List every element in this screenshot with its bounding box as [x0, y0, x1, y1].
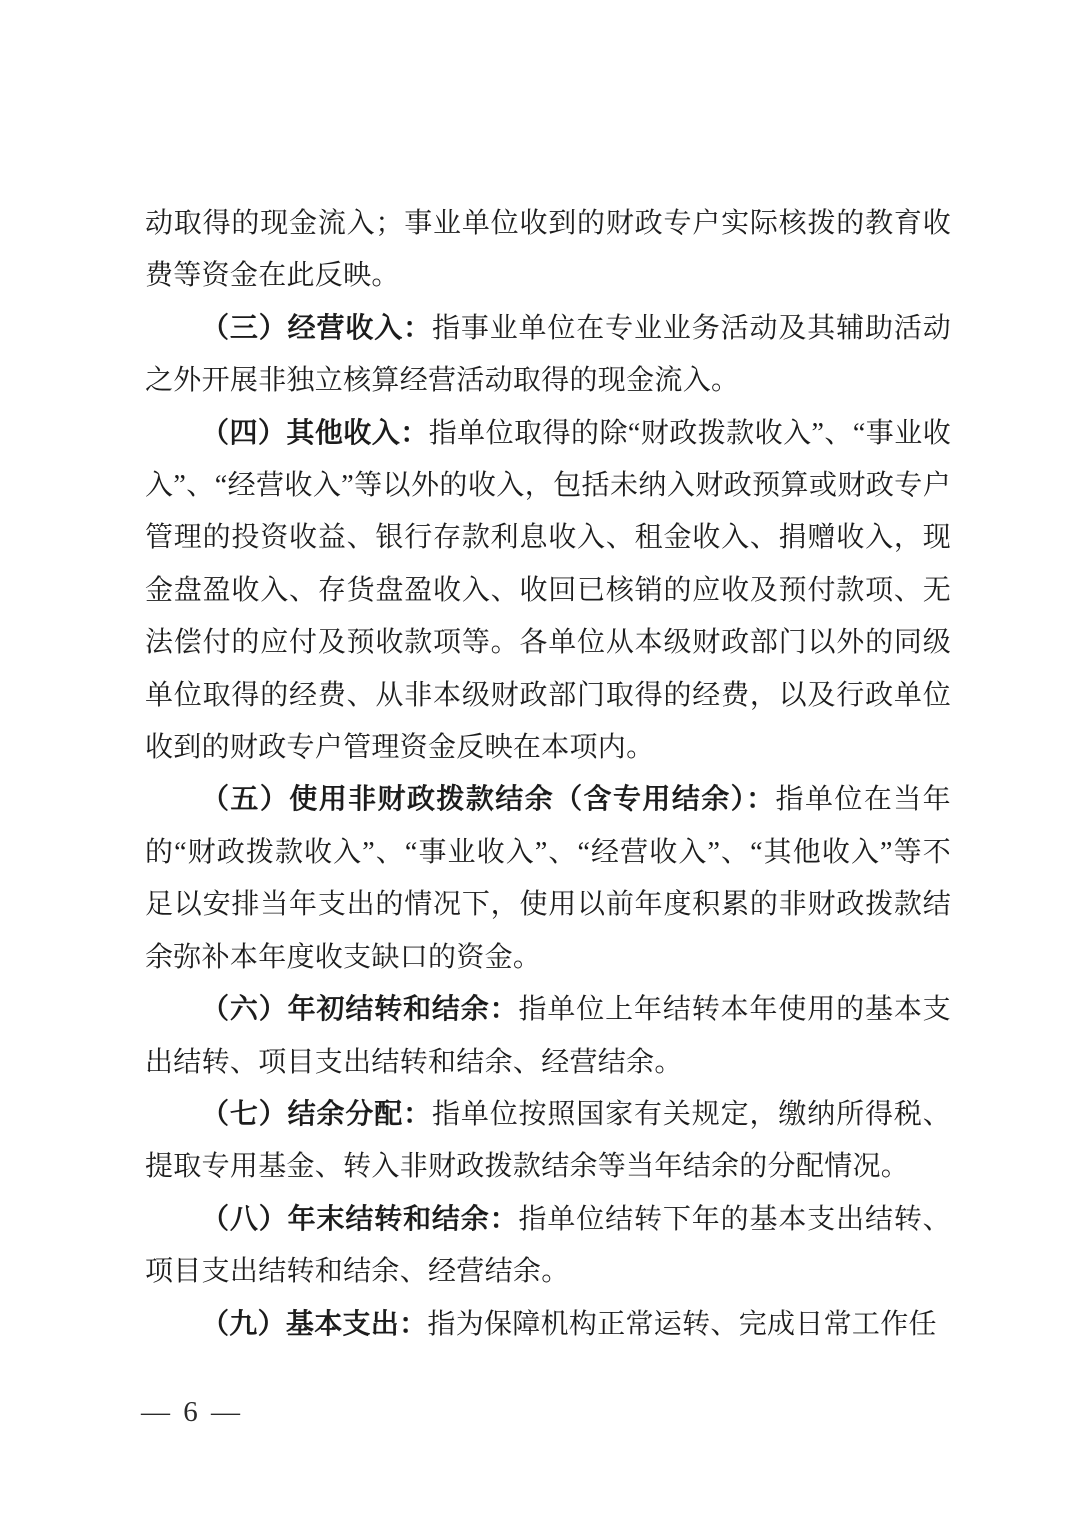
paragraph-lead: （九）基本支出：: [201, 1309, 427, 1340]
paragraph: （五）使用非财政拨款结余（含专用结余）：指单位在当年的“财政拨款收入”、“事业收…: [145, 774, 951, 984]
paragraph-lead: （六）年初结转和结余：: [201, 994, 519, 1025]
paragraph: （六）年初结转和结余：指单位上年结转本年使用的基本支出结转、项目支出结转和结余、…: [145, 984, 951, 1089]
paragraph: （八）年末结转和结余：指单位结转下年的基本支出结转、项目支出结转和结余、经营结余…: [145, 1194, 951, 1299]
paragraph-lead: （四）其他收入：: [201, 418, 429, 449]
paragraph: （三）经营收入：指事业单位在专业业务活动及其辅助活动之外开展非独立核算经营活动取…: [145, 303, 951, 408]
paragraph-lead: （三）经营收入：: [201, 313, 432, 344]
paragraph-text: 动取得的现金流入；事业单位收到的财政专户实际核拨的教育收费等资金在此反映。: [145, 208, 951, 291]
document-body: 动取得的现金流入；事业单位收到的财政专户实际核拨的教育收费等资金在此反映。（三）…: [145, 198, 951, 1351]
paragraph: 动取得的现金流入；事业单位收到的财政专户实际核拨的教育收费等资金在此反映。: [145, 198, 951, 303]
paragraph-lead: （八）年末结转和结余：: [201, 1204, 519, 1235]
paragraph-lead: （七）结余分配：: [201, 1099, 432, 1130]
page-number-footer: — 6 —: [141, 1396, 243, 1429]
paragraph-text: 指单位取得的除“财政拨款收入”、“事业收入”、“经营收入”等以外的收入，包括未纳…: [145, 418, 951, 763]
document-page: 动取得的现金流入；事业单位收到的财政专户实际核拨的教育收费等资金在此反映。（三）…: [0, 0, 1075, 1520]
paragraph: （九）基本支出：指为保障机构正常运转、完成日常工作任: [145, 1299, 951, 1351]
paragraph: （七）结余分配：指单位按照国家有关规定，缴纳所得税、提取专用基金、转入非财政拨款…: [145, 1089, 951, 1194]
paragraph-lead: （五）使用非财政拨款结余（含专用结余）：: [201, 784, 776, 815]
paragraph-text: 指为保障机构正常运转、完成日常工作任: [427, 1309, 936, 1340]
paragraph: （四）其他收入：指单位取得的除“财政拨款收入”、“事业收入”、“经营收入”等以外…: [145, 408, 951, 775]
